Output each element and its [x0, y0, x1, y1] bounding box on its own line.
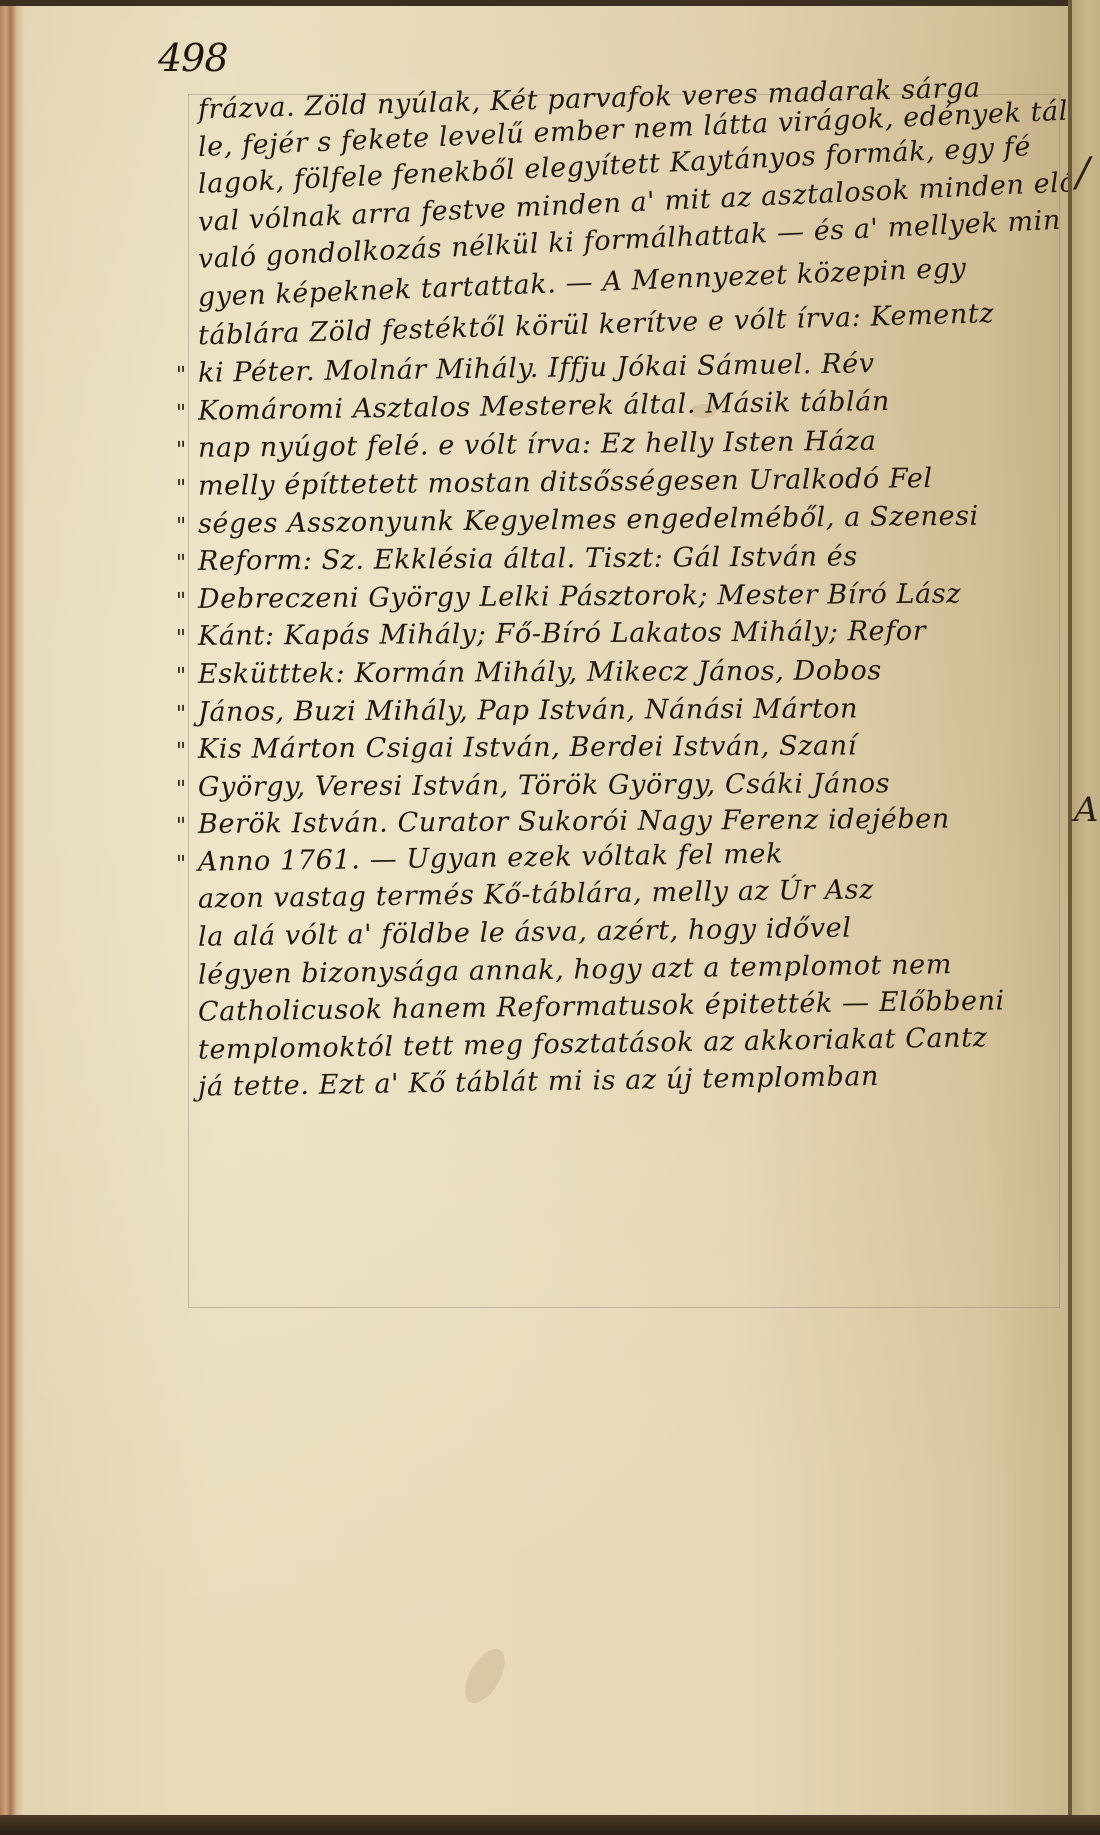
ditto-mark	[176, 193, 198, 194]
line-text: azon vastag termés Kő-táblára, melly az …	[198, 875, 874, 915]
line-text: séges Asszonyunk Kegyelmes engedelméből,…	[198, 500, 979, 539]
line-text: Debreczeni György Lelki Pásztorok; Meste…	[198, 578, 961, 614]
ditto-mark	[176, 156, 198, 157]
line-text: Kis Márton Csigai István, Berdei István,…	[198, 731, 857, 765]
ditto-mark	[176, 344, 198, 345]
ditto-mark: "	[176, 432, 198, 470]
text-line: "Reform: Sz. Ekklésia által. Tiszt: Gál …	[176, 537, 1066, 581]
page-edge-left	[0, 6, 24, 1818]
line-text: Komáromi Asztalos Mesterek által. Másik …	[198, 386, 890, 427]
text-line: "János, Buzi Mihály, Pap István, Nánási …	[176, 689, 1066, 731]
line-text: Reform: Sz. Ekklésia által. Tiszt: Gál I…	[198, 541, 858, 577]
ditto-mark	[176, 306, 198, 307]
facing-page-mark: /	[1076, 150, 1089, 196]
line-text: melly építtetett mostan ditsősségesen Ur…	[198, 463, 933, 502]
text-line: "Kánt: Kapás Mihály; Fő-Bíró Lakatos Mih…	[176, 612, 1066, 656]
ditto-mark: "	[176, 733, 198, 771]
ditto-mark: "	[176, 394, 199, 432]
ditto-mark	[176, 118, 198, 119]
ditto-mark: "	[176, 357, 199, 395]
text-line: "Kis Márton Csigai István, Berdei István…	[176, 726, 1066, 768]
ditto-mark: "	[176, 658, 198, 696]
ditto-mark: "	[176, 695, 198, 733]
line-text: já tette. Ezt a' Kő táblát mi is az új t…	[198, 1061, 880, 1103]
paper-stain	[457, 1643, 513, 1710]
line-text: ki Péter. Molnár Mihály. Iffju Jókai Sám…	[198, 348, 875, 388]
line-text: la alá vólt a' földbe le ásva, azért, ho…	[198, 913, 852, 953]
manuscript-text-block: frázva. Zöld nyúlak, Két parvafok veres …	[176, 92, 1066, 1107]
line-text: Kánt: Kapás Mihály; Fő-Bíró Lakatos Mihá…	[198, 616, 926, 652]
ditto-mark: "	[176, 808, 198, 846]
ditto-mark: "	[176, 470, 198, 508]
page-number: 498	[158, 36, 228, 80]
ditto-mark: "	[176, 846, 199, 884]
line-text: Anno 1761. — Ugyan ezek vóltak fel mek	[198, 838, 783, 877]
ditto-mark: "	[176, 620, 198, 658]
line-text: György, Veresi István, Török György, Csá…	[198, 768, 890, 803]
manuscript-scan: 498 frázva. Zöld nyúlak, Két parvafok ve…	[0, 0, 1100, 1835]
line-text: Eskütttek: Kormán Mihály, Mikecz János, …	[198, 655, 882, 690]
text-line: "Eskütttek: Kormán Mihály, Mikecz János,…	[176, 651, 1066, 693]
ditto-mark: "	[176, 507, 198, 545]
line-text: János, Buzi Mihály, Pap István, Nánási M…	[198, 693, 858, 727]
facing-page-mark: A	[1074, 790, 1099, 830]
manuscript-page: 498 frázva. Zöld nyúlak, Két parvafok ve…	[0, 6, 1068, 1818]
ditto-mark: "	[176, 771, 198, 809]
ditto-mark: "	[176, 545, 198, 583]
scan-bottom-border	[0, 1815, 1100, 1835]
line-text: nap nyúgot felé. e vólt írva: Ez helly I…	[198, 426, 877, 464]
facing-page-edge: / A	[1072, 0, 1100, 1835]
ditto-mark	[176, 231, 198, 232]
ditto-mark: "	[176, 583, 198, 621]
ditto-mark	[176, 268, 198, 269]
